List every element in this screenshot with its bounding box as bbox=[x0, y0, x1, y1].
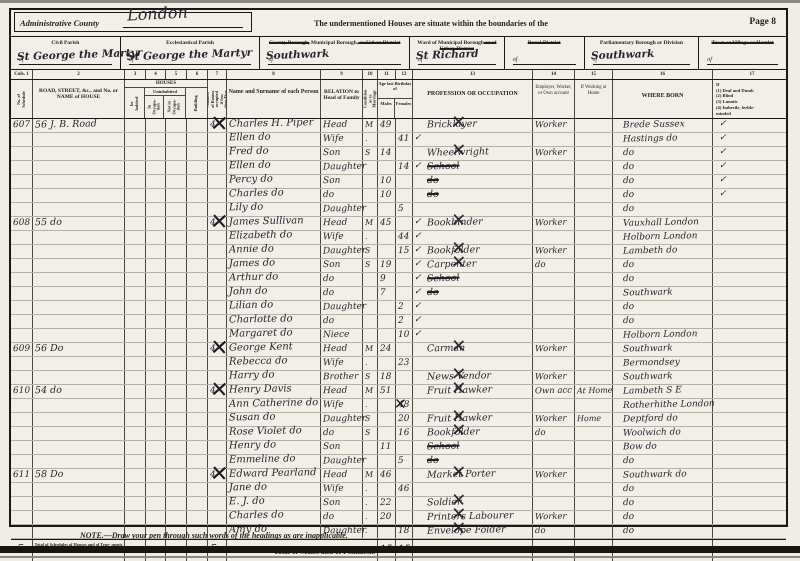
cell-building bbox=[187, 427, 208, 440]
administrative-county-label: Administrative County bbox=[20, 18, 99, 28]
cell-relation: do bbox=[321, 287, 363, 300]
cell-uninhabited-occ bbox=[146, 203, 166, 216]
cell-uninhabited-occ bbox=[146, 161, 166, 174]
cell-condition: . bbox=[363, 231, 378, 244]
person-name: George Kent bbox=[229, 341, 293, 354]
employer-status: do bbox=[535, 259, 546, 271]
cell-where-born: do bbox=[613, 525, 713, 538]
locality-field-label-part: Ecclesiastical Parish bbox=[166, 40, 214, 46]
cell-at-home bbox=[575, 329, 613, 342]
column-number-text: 6 bbox=[196, 72, 199, 77]
employer-status: Worker bbox=[535, 343, 567, 356]
column-number-strip: Cols. 1234567891011121314151617 bbox=[11, 70, 786, 80]
cell-infirmity bbox=[713, 301, 791, 314]
address: 54 do bbox=[35, 385, 62, 398]
table-row: Ellen doDaughter14✓Schooldo✓ bbox=[11, 161, 786, 175]
relation: do bbox=[323, 427, 334, 439]
table-row: Lilian doDaughter2✓do bbox=[11, 301, 786, 315]
of-underline: of bbox=[593, 57, 691, 65]
cell-age-female: 5 bbox=[396, 203, 413, 216]
cell-relation: Daughter bbox=[321, 245, 363, 258]
cell-relation: Son bbox=[321, 259, 363, 272]
cell-age-female bbox=[396, 287, 413, 300]
relation: Head bbox=[323, 343, 348, 356]
schedule-number: 610 bbox=[13, 385, 30, 397]
column-number: 14 bbox=[533, 70, 575, 79]
cell-uninhabited-occ bbox=[146, 287, 166, 300]
cell-employer: Own acc bbox=[533, 385, 575, 398]
cell-address bbox=[33, 287, 125, 300]
cell-inhabited bbox=[125, 287, 146, 300]
cell-schedule-number bbox=[11, 441, 33, 454]
cell-uninhabited-occ bbox=[146, 469, 166, 482]
age-male: 49 bbox=[380, 119, 392, 131]
cell-inhabited bbox=[125, 371, 146, 384]
cell-age-male: 46 bbox=[378, 469, 396, 482]
cell-uninhabited-occ bbox=[146, 497, 166, 510]
col-header-employer: Employer, Worker, or Own account bbox=[533, 80, 575, 118]
cell-age-male: 20 bbox=[378, 511, 396, 524]
cell-rooms bbox=[208, 147, 227, 160]
cell-employer: Worker bbox=[533, 511, 575, 524]
cell-employer: Worker bbox=[533, 245, 575, 258]
person-name: James Sullivan bbox=[229, 215, 304, 229]
cell-address bbox=[33, 133, 125, 146]
cell-rooms bbox=[208, 189, 227, 202]
cell-condition: . bbox=[363, 483, 378, 496]
column-number-text: 2 bbox=[77, 72, 80, 77]
col-header-road-text: ROAD, STREET, &c., and No. or NAME of HO… bbox=[39, 88, 118, 100]
cell-schedule-number bbox=[11, 511, 33, 524]
occupation-cross-mark: ✕ bbox=[451, 422, 467, 441]
cell-at-home bbox=[575, 161, 613, 174]
cell-condition: . bbox=[363, 357, 378, 370]
relation: Son bbox=[323, 441, 341, 453]
registrar-check-mark: ✓ bbox=[414, 273, 422, 283]
column-number: 6 bbox=[187, 70, 208, 79]
occupation: Envelope Folder bbox=[427, 524, 506, 538]
cell-uninhabited-occ bbox=[146, 343, 166, 356]
condition: M bbox=[365, 343, 373, 355]
age-male: 51 bbox=[380, 385, 392, 397]
where-born: do bbox=[623, 259, 634, 271]
cell-schedule-number: 609 bbox=[11, 343, 33, 356]
col-header-infirmity-line: minded bbox=[716, 111, 791, 117]
age-male: 20 bbox=[380, 511, 392, 523]
where-born: Woolwich do bbox=[623, 426, 681, 439]
cell-where-born: do bbox=[613, 203, 713, 216]
cell-where-born: do bbox=[613, 259, 713, 272]
infirmity-check-mark: ✓ bbox=[719, 161, 727, 171]
locality-field-label: Civil Parish bbox=[51, 40, 79, 46]
cell-address bbox=[33, 357, 125, 370]
cell-occupation bbox=[413, 399, 533, 412]
cell-inhabited bbox=[125, 189, 146, 202]
age-male: 10 bbox=[380, 189, 392, 201]
column-number: 10 bbox=[363, 70, 378, 79]
cell-name: Emmeline do bbox=[227, 455, 321, 468]
cell-where-born: Rotherhithe London bbox=[613, 399, 713, 412]
cell-at-home bbox=[575, 525, 613, 538]
cell-age-female: 46 bbox=[396, 483, 413, 496]
cell-occupation: Fruit Hawker✕ bbox=[413, 385, 533, 398]
cell-infirmity bbox=[713, 525, 791, 538]
cell-uninhabited-notocc bbox=[166, 287, 187, 300]
occupation: School bbox=[427, 273, 460, 286]
table-row: Jane doWife.46do bbox=[11, 483, 786, 497]
cell-inhabited bbox=[125, 147, 146, 160]
cell-uninhabited-occ bbox=[146, 441, 166, 454]
cell-employer bbox=[533, 399, 575, 412]
cell-where-born: Brede Sussex bbox=[613, 119, 713, 132]
cell-condition: . bbox=[363, 497, 378, 510]
of-underline: of bbox=[129, 57, 252, 65]
condition: S bbox=[365, 427, 371, 439]
cell-inhabited bbox=[125, 511, 146, 524]
locality-field: Ward of Municipal Borough or of Urban Di… bbox=[410, 37, 505, 69]
cell-age-female: 2 bbox=[396, 315, 413, 328]
cell-age-female bbox=[396, 371, 413, 384]
cell-employer bbox=[533, 455, 575, 468]
cell-age-female: 2 bbox=[396, 301, 413, 314]
cell-uninhabited-notocc bbox=[166, 217, 187, 230]
cell-age-male bbox=[378, 245, 396, 258]
age-cross-mark: ✕ bbox=[394, 397, 407, 413]
occupation: School bbox=[427, 441, 460, 454]
col-header-houses-title: HOUSES bbox=[125, 80, 207, 88]
cell-employer: Worker bbox=[533, 371, 575, 384]
cell-occupation: do bbox=[413, 175, 533, 188]
age-female: 5 bbox=[398, 203, 404, 215]
cell-at-home bbox=[575, 441, 613, 454]
cell-schedule-number bbox=[11, 497, 33, 510]
cell-where-born: do bbox=[613, 315, 713, 328]
column-number-text: 17 bbox=[750, 72, 755, 77]
cell-uninhabited-notocc bbox=[166, 455, 187, 468]
col-header-schedule-text: No. of Schedule bbox=[17, 89, 26, 110]
cell-name: Henry do bbox=[227, 441, 321, 454]
cell-where-born: do bbox=[613, 511, 713, 524]
registrar-check-mark: ✓ bbox=[414, 301, 422, 311]
col-header-at-home: If Working at Home bbox=[575, 80, 613, 118]
cell-occupation: Envelope Folder✕ bbox=[413, 525, 533, 538]
cell-employer: do bbox=[533, 525, 575, 538]
table-row: James doSonS19✓Carpenter✕dodo bbox=[11, 259, 786, 273]
cell-building bbox=[187, 189, 208, 202]
cell-infirmity bbox=[713, 273, 791, 286]
age-female: 5 bbox=[398, 455, 404, 467]
person-name: Ellen do bbox=[229, 160, 271, 173]
cell-occupation: ✓School bbox=[413, 161, 533, 174]
cell-uninhabited-occ bbox=[146, 301, 166, 314]
table-row: Harry doBrotherS18News Vendor✕WorkerSout… bbox=[11, 371, 786, 385]
person-name: Susan do bbox=[229, 412, 276, 425]
cell-age-male: 10 bbox=[378, 189, 396, 202]
cell-uninhabited-occ bbox=[146, 119, 166, 132]
cell-uninhabited-notocc bbox=[166, 175, 187, 188]
cell-uninhabited-occ bbox=[146, 133, 166, 146]
cell-uninhabited-occ bbox=[146, 385, 166, 398]
locality-field: Ecclesiastical ParishofSt George the Mar… bbox=[121, 37, 261, 69]
cell-building bbox=[187, 287, 208, 300]
where-born: Brede Sussex bbox=[623, 118, 685, 131]
cell-name: Charlotte do bbox=[227, 315, 321, 328]
cell-age-female: 20 bbox=[396, 413, 413, 426]
cell-rooms bbox=[208, 287, 227, 300]
locality-field: Rural Districtof bbox=[505, 37, 585, 69]
cell-age-female bbox=[396, 511, 413, 524]
column-number: 11 bbox=[378, 70, 396, 79]
cell-uninhabited-notocc bbox=[166, 371, 187, 384]
cell-employer: do bbox=[533, 427, 575, 440]
col-header-name-text: Name and Surname of each Person bbox=[229, 89, 319, 95]
cell-employer bbox=[533, 203, 575, 216]
cell-where-born: Lambeth S E bbox=[613, 385, 713, 398]
locality-field-label: Ward of Municipal Borough or of Urban Di… bbox=[417, 40, 496, 52]
col-header-not-in-occupation: Not in Occupa- tion bbox=[164, 96, 184, 118]
occupation-cross-mark: ✕ bbox=[451, 212, 467, 231]
cell-employer bbox=[533, 161, 575, 174]
condition: S bbox=[365, 413, 371, 425]
person-name: Ann Catherine do bbox=[229, 397, 318, 411]
cell-infirmity bbox=[713, 455, 791, 468]
locality-field-label-part: County Borough, bbox=[269, 40, 310, 46]
age-female: 18 bbox=[398, 525, 410, 537]
relation: Son bbox=[323, 175, 341, 187]
col-header-males: Males bbox=[378, 99, 395, 118]
relation: Brother bbox=[323, 371, 359, 384]
cell-schedule-number bbox=[11, 315, 33, 328]
cell-address bbox=[33, 203, 125, 216]
schedule-number: 611 bbox=[13, 469, 30, 481]
locality-field-label-part: Municipal Borough, bbox=[310, 40, 359, 46]
column-number-text: 5 bbox=[175, 72, 178, 77]
cell-occupation bbox=[413, 357, 533, 370]
col-header-relation-text: RELATION to Head of Family bbox=[323, 89, 359, 101]
cell-at-home bbox=[575, 287, 613, 300]
column-number: 4 bbox=[146, 70, 166, 79]
cell-schedule-number: 611 bbox=[11, 469, 33, 482]
where-born: Southwark do bbox=[623, 468, 687, 481]
cell-building bbox=[187, 119, 208, 132]
registrar-check-mark: ✓ bbox=[414, 287, 422, 297]
vertical-text-wrap: In Occupa- tion bbox=[145, 96, 163, 118]
cell-condition: . bbox=[363, 525, 378, 538]
cell-address: 55 do bbox=[33, 217, 125, 230]
cell-at-home: Home bbox=[575, 413, 613, 426]
cell-employer bbox=[533, 483, 575, 496]
cell-inhabited bbox=[125, 273, 146, 286]
cell-uninhabited-notocc bbox=[166, 343, 187, 356]
col-header-building: Building bbox=[186, 88, 206, 118]
cell-relation: Brother bbox=[321, 371, 363, 384]
cell-condition bbox=[363, 455, 378, 468]
cell-relation: Daughter bbox=[321, 413, 363, 426]
person-name: Jane do bbox=[229, 482, 267, 495]
cell-infirmity bbox=[713, 385, 791, 398]
cell-age-male bbox=[378, 133, 396, 146]
cell-address: 56 Do bbox=[33, 343, 125, 356]
locality-field-label: County Borough, Municipal Borough, or Ur… bbox=[269, 40, 400, 46]
cell-address bbox=[33, 329, 125, 342]
cell-age-male: 18 bbox=[378, 371, 396, 384]
cell-relation: Son bbox=[321, 147, 363, 160]
cell-building bbox=[187, 273, 208, 286]
cell-schedule-number bbox=[11, 189, 33, 202]
cell-name: Ellen do bbox=[227, 133, 321, 146]
cell-schedule-number bbox=[11, 231, 33, 244]
age-female: 23 bbox=[398, 357, 410, 369]
col-header-name: Name and Surname of each Person bbox=[227, 80, 321, 118]
cell-building bbox=[187, 245, 208, 258]
age-male: 45 bbox=[380, 217, 392, 229]
cell-schedule-number bbox=[11, 427, 33, 440]
enumeration-rows: 60756 J. B. Road4Charles H. Piper✕HeadM4… bbox=[11, 119, 786, 539]
occupation: do bbox=[427, 175, 439, 187]
cell-uninhabited-notocc bbox=[166, 427, 187, 440]
cell-infirmity bbox=[713, 371, 791, 384]
table-row: Henry doSon11SchoolBow do bbox=[11, 441, 786, 455]
cell-building bbox=[187, 301, 208, 314]
where-born: Rotherhithe London bbox=[623, 398, 715, 412]
cell-rooms bbox=[208, 273, 227, 286]
cell-occupation: Fruit Hawker✕ bbox=[413, 413, 533, 426]
cell-address: 56 J. B. Road bbox=[33, 119, 125, 132]
cell-building bbox=[187, 161, 208, 174]
cell-where-born: do bbox=[613, 301, 713, 314]
vertical-text-wrap: Building bbox=[186, 88, 206, 118]
cell-at-home bbox=[575, 133, 613, 146]
column-headers-row: No. of ScheduleROAD, STREET, &c., and No… bbox=[11, 80, 786, 119]
cell-relation: do bbox=[321, 315, 363, 328]
cell-name: Jane do bbox=[227, 483, 321, 496]
person-name: Percy do bbox=[229, 174, 273, 187]
cell-uninhabited-notocc bbox=[166, 413, 187, 426]
cell-address bbox=[33, 301, 125, 314]
cell-uninhabited-notocc bbox=[166, 119, 187, 132]
cell-age-female: 23 bbox=[396, 357, 413, 370]
relation: Daughter bbox=[323, 161, 366, 174]
where-born: do bbox=[623, 273, 634, 285]
cell-relation: Daughter bbox=[321, 301, 363, 314]
cell-address bbox=[33, 427, 125, 440]
cell-occupation: Market Porter✕ bbox=[413, 469, 533, 482]
where-born: Vauxhall London bbox=[623, 216, 699, 230]
cell-inhabited bbox=[125, 203, 146, 216]
cell-occupation: ✓Bookbinder✕ bbox=[413, 217, 533, 230]
column-number: 9 bbox=[321, 70, 363, 79]
cell-occupation: News Vendor✕ bbox=[413, 371, 533, 384]
relation: do bbox=[323, 315, 334, 327]
cell-uninhabited-occ bbox=[146, 217, 166, 230]
cell-building bbox=[187, 497, 208, 510]
cell-age-male bbox=[378, 427, 396, 440]
relation: do bbox=[323, 287, 334, 299]
condition: . bbox=[365, 511, 368, 523]
cell-condition bbox=[363, 161, 378, 174]
cell-infirmity: ✓ bbox=[713, 175, 791, 188]
cell-infirmity bbox=[713, 245, 791, 258]
cell-inhabited bbox=[125, 175, 146, 188]
houses-subcolumns: In- habitedUninhabitedIn Occupa- tionNot… bbox=[125, 88, 207, 118]
age-male: 11 bbox=[380, 441, 392, 453]
cell-relation: Wife bbox=[321, 357, 363, 370]
cell-uninhabited-occ bbox=[146, 147, 166, 160]
relation: Head bbox=[323, 385, 348, 398]
cell-at-home: At Home bbox=[575, 385, 613, 398]
undermentioned-houses-text: The undermentioned Houses are situate wi… bbox=[266, 19, 596, 28]
cell-occupation: Soldier✕ bbox=[413, 497, 533, 510]
cell-schedule-number bbox=[11, 259, 33, 272]
col-header-females: Females bbox=[395, 99, 412, 118]
age-male: 10 bbox=[380, 175, 392, 187]
cell-age-male bbox=[378, 315, 396, 328]
cell-occupation: ✓do bbox=[413, 287, 533, 300]
employer-status: Worker bbox=[535, 245, 567, 258]
cell-age-male: 14 bbox=[378, 147, 396, 160]
of-underline: of bbox=[418, 57, 496, 65]
cell-relation: Wife bbox=[321, 231, 363, 244]
address: 56 J. B. Road bbox=[35, 118, 97, 131]
person-name: Ellen do bbox=[229, 132, 271, 145]
where-born: Bermondsey bbox=[623, 356, 680, 369]
cell-inhabited bbox=[125, 357, 146, 370]
cell-uninhabited-occ bbox=[146, 329, 166, 342]
cell-occupation: ✓ bbox=[413, 329, 533, 342]
column-number-text: 12 bbox=[402, 72, 407, 77]
cell-schedule-number bbox=[11, 301, 33, 314]
cell-uninhabited-occ bbox=[146, 371, 166, 384]
person-name: Rose Violet do bbox=[229, 425, 302, 439]
cell-inhabited bbox=[125, 231, 146, 244]
cell-age-female bbox=[396, 497, 413, 510]
cell-age-male bbox=[378, 231, 396, 244]
relation: Wife bbox=[323, 231, 344, 243]
cell-occupation: Printers Labourer✕ bbox=[413, 511, 533, 524]
cell-relation: Head bbox=[321, 469, 363, 482]
where-born: do bbox=[623, 301, 634, 313]
table-row: E. J. doSon.22Soldier✕do bbox=[11, 497, 786, 511]
where-born: do bbox=[623, 483, 634, 495]
cell-at-home bbox=[575, 427, 613, 440]
cell-condition bbox=[363, 301, 378, 314]
cell-schedule-number bbox=[11, 329, 33, 342]
cell-building bbox=[187, 231, 208, 244]
person-name: Annie do bbox=[229, 244, 274, 257]
relation: Wife bbox=[323, 357, 344, 369]
column-number: 15 bbox=[575, 70, 613, 79]
cell-uninhabited-notocc bbox=[166, 483, 187, 496]
cell-rooms bbox=[208, 441, 227, 454]
cell-age-female bbox=[396, 343, 413, 356]
person-name: Lily do bbox=[229, 202, 264, 215]
col-header-infirmity: If(1) Deaf and Dumb(2) Blind(3) Lunatic(… bbox=[713, 80, 791, 118]
locality-field: Civil ParishofSt George the Martyr bbox=[11, 37, 121, 69]
of-underline: of bbox=[513, 57, 576, 65]
cell-name: Margaret do bbox=[227, 329, 321, 342]
cell-address bbox=[33, 315, 125, 328]
cell-building bbox=[187, 371, 208, 384]
of-underline: of bbox=[268, 57, 401, 65]
registrar-check-mark: ✓ bbox=[414, 161, 422, 171]
cell-relation: do bbox=[321, 427, 363, 440]
cell-at-home bbox=[575, 301, 613, 314]
cell-schedule-number: 610 bbox=[11, 385, 33, 398]
cell-infirmity bbox=[713, 441, 791, 454]
cell-age-male: 22 bbox=[378, 497, 396, 510]
cell-schedule-number bbox=[11, 203, 33, 216]
locality-field-label: Ecclesiastical Parish bbox=[166, 40, 214, 46]
